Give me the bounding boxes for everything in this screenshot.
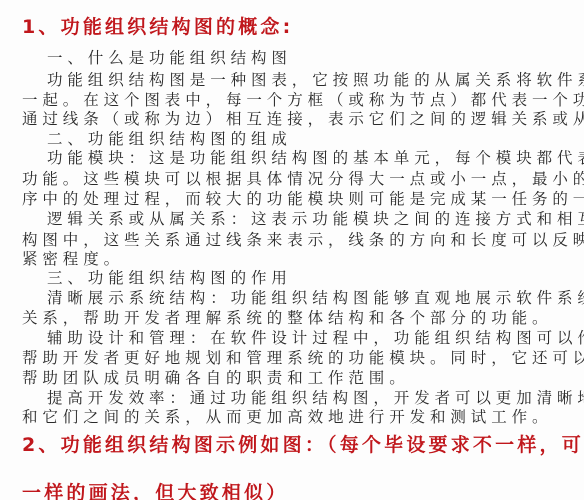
- text-line: 功能模块：这是功能组织结构图的基本单元，每个模块都代表软件系统中的一部分: [47, 148, 584, 168]
- text-line: 通过线条（或称为边）相互连接，表示它们之间的逻辑关系或从属关系。: [22, 109, 584, 129]
- text-line: 一起。在这个图表中，每一个方框（或称为节点）都代表一个功能模块，这些功能模块: [22, 90, 584, 110]
- text-line: 三、功能组织结构图的作用: [47, 268, 292, 288]
- text-line: 帮助开发者更好地规划和管理系统的功能模块。同时，它还可以作为项目管理的工具，: [22, 348, 584, 368]
- text-line: 关系，帮助开发者理解系统的整体结构和各个部分的功能。: [22, 308, 552, 328]
- text-line: 辅助设计和管理：在软件设计过程中，功能组织结构图可以作为设计思维的工具，: [47, 328, 584, 348]
- heading-example-line1: 2、功能组织结构图示例如图：（每个毕设要求不一样，可能会有不: [22, 430, 584, 457]
- document-page: 1、功能组织结构图的概念: 一、什么是功能组织结构图功能组织结构图是一种图表，它…: [0, 0, 584, 500]
- text-line: 功能。这些模块可以根据具体情况分得大一点或小一点，最小的功能模块可以是一个程: [22, 169, 584, 189]
- text-line: 功能组织结构图是一种图表，它按照功能的从属关系将软件系统的各个部分组织在: [47, 70, 584, 90]
- text-line: 帮助团队成员明确各自的职责和工作范围。: [22, 368, 410, 388]
- text-line: 紧密程度。: [22, 249, 124, 269]
- heading-example-line2: 一样的画法，但大致相似）: [22, 478, 288, 500]
- text-line: 构图中，这些关系通过线条来表示，线条的方向和长度可以反映模块之间的层级关系和: [22, 230, 584, 250]
- text-line: 清晰展示系统结构：功能组织结构图能够直观地展示软件系统的功能模块及其相互: [47, 288, 584, 308]
- text-line: 提高开发效率：通过功能组织结构图，开发者可以更加清晰地了解系统的功能模块: [47, 388, 584, 408]
- text-line: 逻辑关系或从属关系：这表示功能模块之间的连接方式和相互作用。在功能组织结: [47, 209, 584, 229]
- text-line: 二、功能组织结构图的组成: [47, 129, 292, 149]
- text-line: 一、什么是功能组织结构图: [47, 48, 292, 68]
- text-line: 和它们之间的关系，从而更加高效地进行开发和测试工作。: [22, 407, 552, 427]
- heading-concept: 1、功能组织结构图的概念:: [22, 12, 293, 39]
- text-line: 序中的处理过程，而较大的功能模块则可能是完成某一任务的一组程序。: [22, 189, 584, 209]
